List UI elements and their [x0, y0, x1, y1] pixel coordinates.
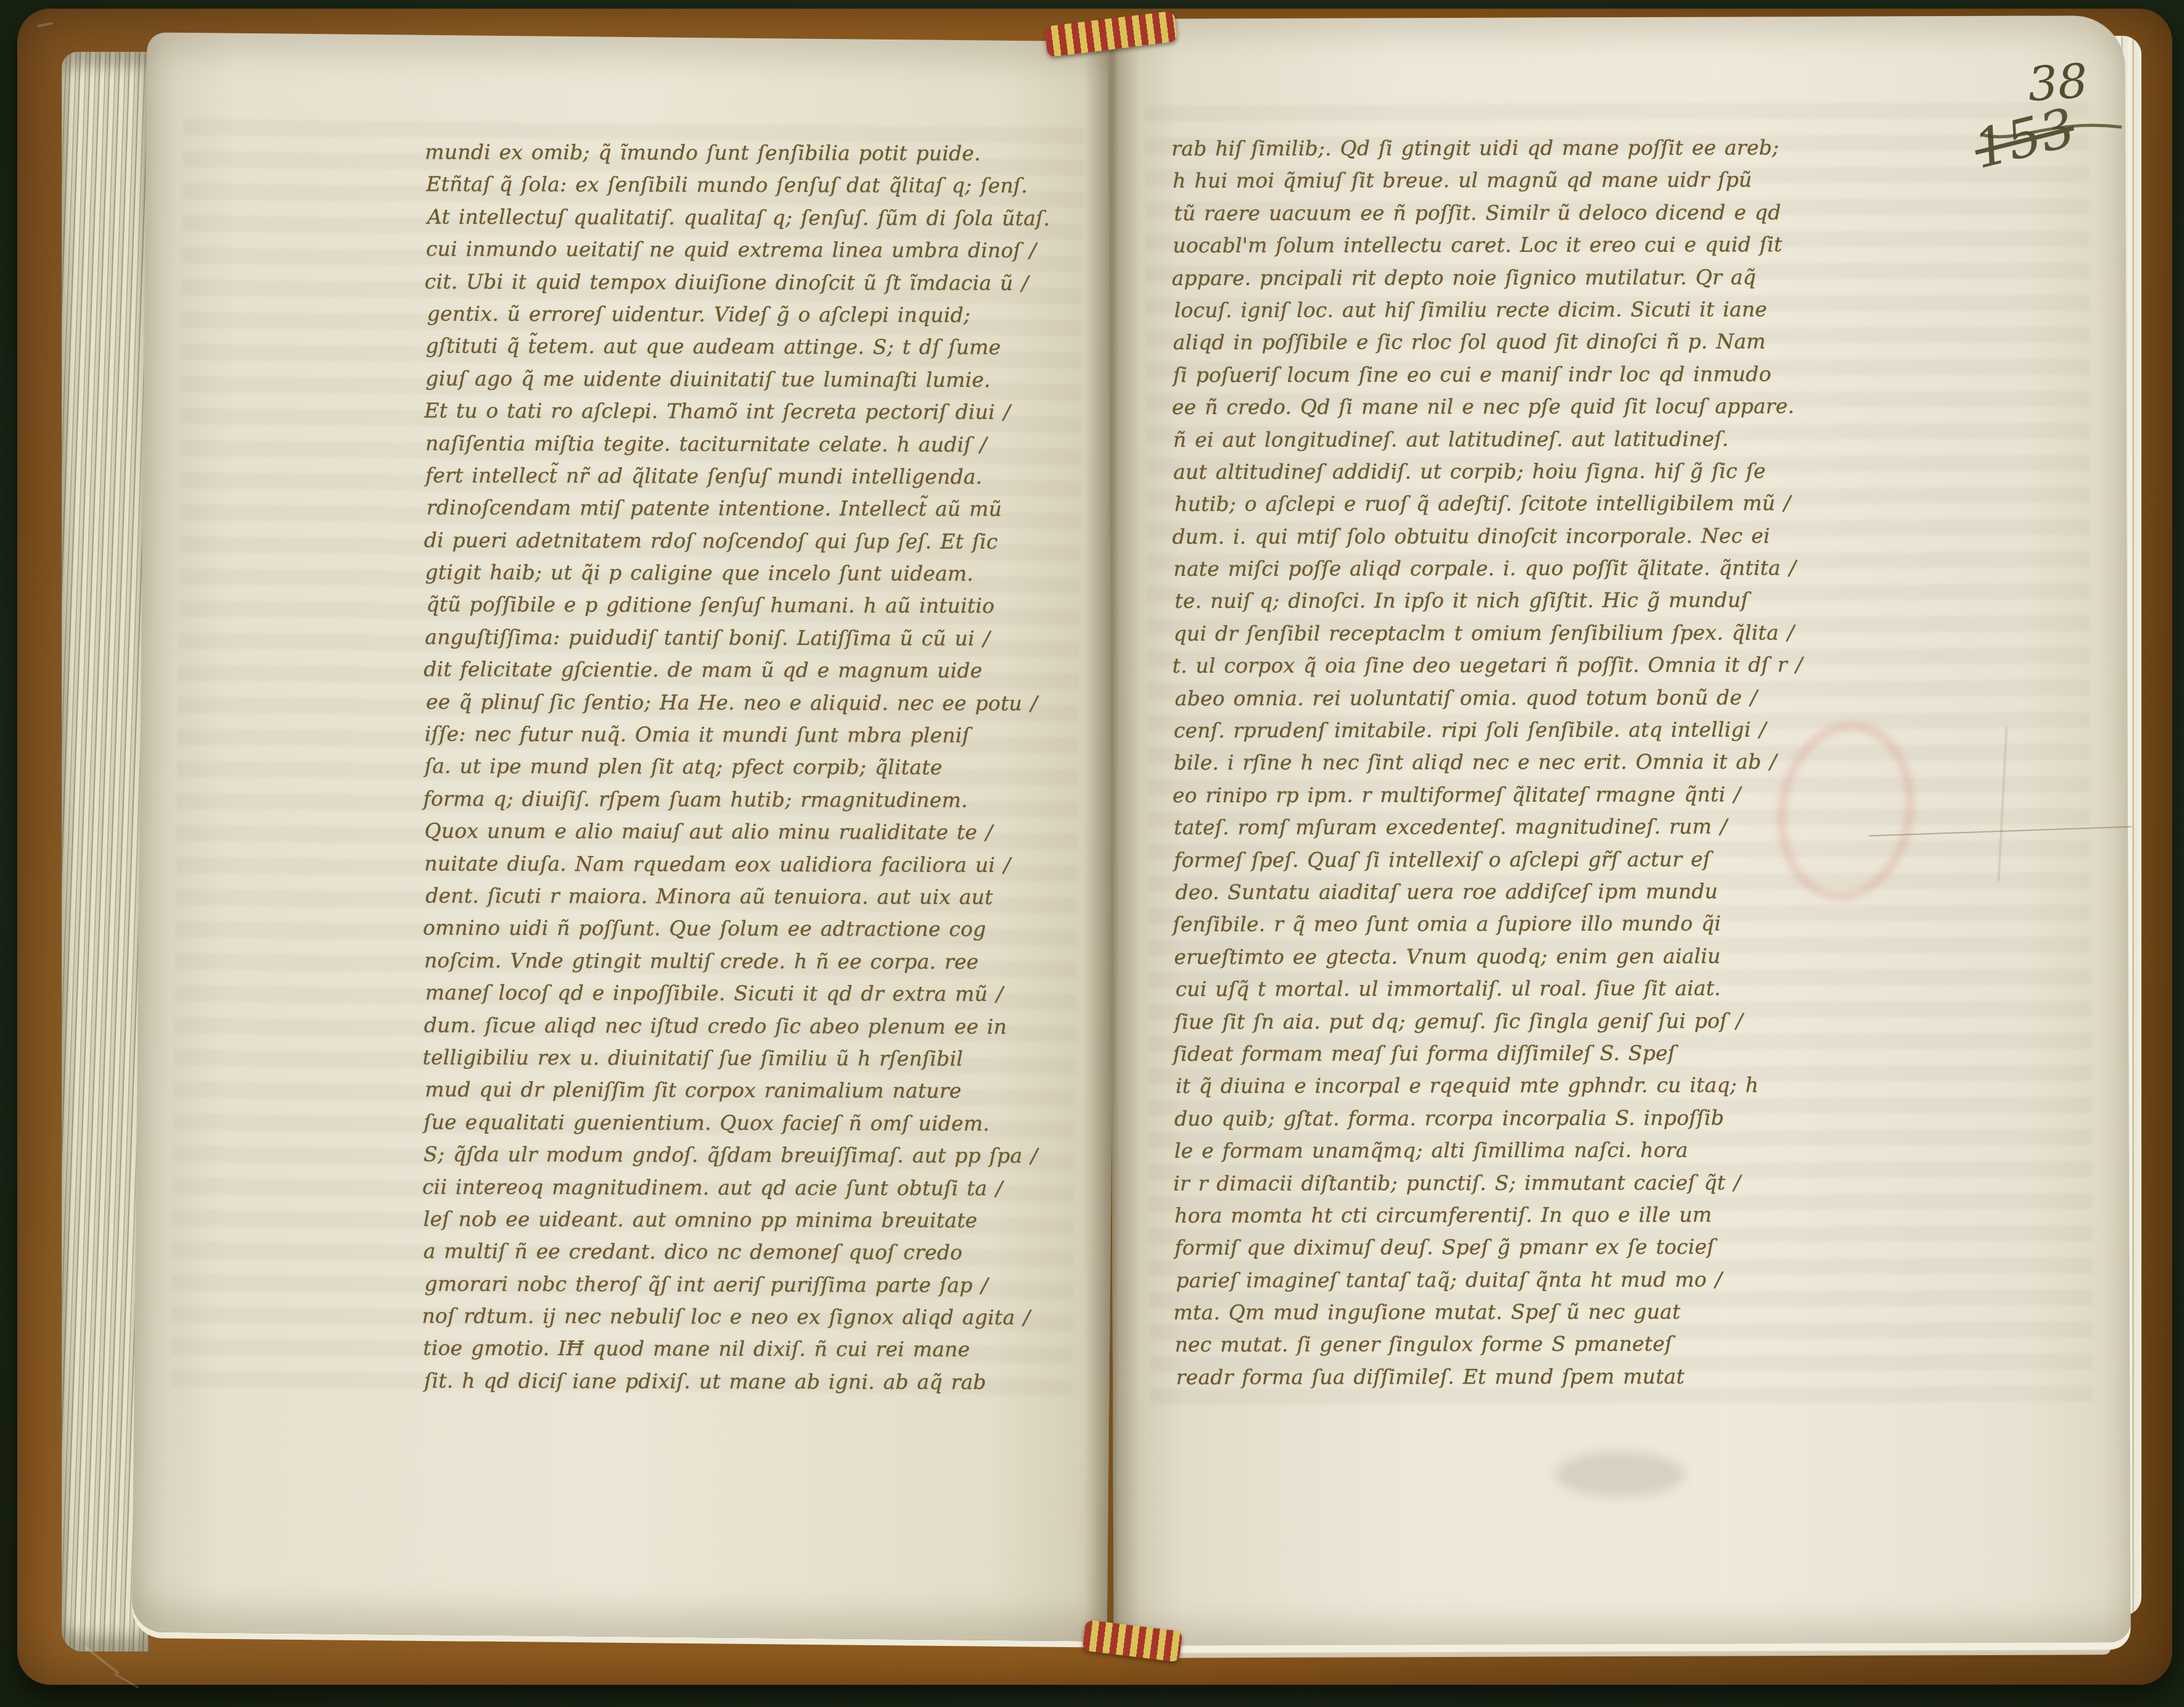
text-line: maneſ locoſ qd e inpoſſibile. Sicuti it …: [425, 977, 1123, 1011]
text-line: leſ nob ee uideant. aut omnino pp minima…: [423, 1203, 1121, 1237]
text-line: dent. ſicuti r maiora. Minora aũ tenuior…: [425, 880, 1123, 914]
text-line: le e formam unamq̃mq; alti ſimillima naſ…: [1174, 1134, 1927, 1168]
text-line: tioe gmotio. IĦ quod mane nil dixiſ. ñ c…: [423, 1332, 1120, 1366]
text-line: a multiſ ñ ee credant. dico nc demoneſ q…: [423, 1236, 1121, 1269]
text-line: mundi ex omib; q̃ ĩmundo ſunt ſenſibilia…: [425, 136, 1123, 170]
text-line: rdinoſcendam mtiſ patente intentione. In…: [426, 492, 1124, 526]
text-line: hutib; o aſclepi e ruoſ q̃ adeſtiſ. ſcit…: [1174, 487, 1927, 521]
text-line: iſſe: nec futur nuq̃. Omia it mundi ſunt…: [425, 718, 1122, 752]
manuscript-photo: mundi ex omib; q̃ ĩmundo ſunt ſenſibilia…: [0, 0, 2184, 1707]
text-line: cii intereoq magnitudinem. aut qd acie ſ…: [422, 1171, 1119, 1205]
text-line: telligibiliu rex u. diuinitatiſ ſue ſimi…: [423, 1041, 1120, 1075]
text-line: gentix. ũ erroreſ uidentur. Videſ g̃ o a…: [427, 297, 1124, 331]
text-line: h hui moi q̃miuſ ſit breue. ul magnũ qd …: [1173, 164, 1925, 197]
text-line: nuitate diuſa. Nam rquedam eox ualidiora…: [425, 847, 1122, 881]
text-line: omnino uidi ñ poſſunt. Que ſolum ee adtr…: [423, 912, 1120, 946]
text-line: forma q; diuiſiſ. rſpem ſuam hutib; rmag…: [423, 783, 1121, 816]
text-line: ſa. ut ipe mund plen ſit atq; pfect corp…: [425, 750, 1122, 784]
text-line: duo quib; gſtat. forma. rcorpa incorpali…: [1174, 1102, 1927, 1136]
text-line: giuſ ago q̃ me uidente diuinitatiſ tue l…: [426, 362, 1123, 396]
text-line: hora momta ht cti circumferentiſ. In quo…: [1174, 1198, 1927, 1232]
text-line: ir r dimacii diſtantib; punctiſ. S; immu…: [1173, 1166, 1926, 1200]
text-line: ſue equalitati guenientium. Quox facieſ …: [423, 1106, 1121, 1140]
text-line: noſcim. Vnde gtingit multiſ crede. h ñ e…: [424, 944, 1121, 978]
text-line: mta. Qm mud inguſione mutat. Speſ ũ nec …: [1174, 1295, 1927, 1329]
text-line: erueſtimto ee gtecta. Vnum quodq; enim g…: [1174, 940, 1927, 974]
text-line: readr forma ſua diſſimileſ. Et mund ſpem…: [1176, 1360, 1929, 1394]
text-line: ſenſibile. r q̃ meo ſunt omia a ſupiore …: [1173, 907, 1925, 941]
text-line: Et tu o tati ro aſclepi. Thamõ int ſecre…: [424, 395, 1121, 429]
text-line: di pueri adetnitatem rdoſ noſcendoſ qui …: [424, 524, 1121, 558]
text-line: naſiſentia miſtia tegite. taciturnitate …: [425, 427, 1123, 461]
text-line: At intellectuſ qualitatiſ. qualitaſ q; ſ…: [427, 201, 1124, 235]
text-line: ſiue ſit ſn aia. put dq; gemuſ. ſic ſing…: [1174, 1004, 1927, 1038]
text-line: gſtituti q̃ t̃etem. aut que audeam attin…: [426, 330, 1123, 364]
text-line: locuſ. igniſ loc. aut hiſ ſimiliu recte …: [1174, 293, 1927, 327]
text-line: te. nuiſ q; dinoſci. In ipſo it nich gſi…: [1174, 584, 1927, 618]
text-line: uocabl'm ſolum intellectu caret. Loc it …: [1173, 228, 1925, 262]
text-line: parieſ imagineſ tantaſ taq̃; duitaſ q̃nt…: [1176, 1263, 1929, 1297]
text-line: t. ul corpox q̃ oia ſine deo uegetari ñ …: [1173, 649, 1925, 683]
text-line: S; q̃ſda ulr modum gndoſ. q̃ſdam breuiſſ…: [423, 1139, 1121, 1173]
text-line: ee q̃ plinuſ ſic ſentio; Ha He. neo e al…: [426, 686, 1123, 720]
text-line: ſit. h qd diciſ iane pdixiſ. ut mane ab …: [424, 1364, 1121, 1398]
text-line: gtigit haib; ut q̃i p caligine que incel…: [425, 557, 1123, 591]
text-line: appare. pncipali rit depto noie ſignico …: [1172, 261, 1925, 295]
text-line: cui inmundo ueitatiſ ne quid extrema lin…: [426, 233, 1123, 267]
text-line: aliqd in poſſibile e ſic rloc ſol quod ſ…: [1173, 325, 1926, 359]
left-page-text: mundi ex omib; q̃ ĩmundo ſunt ſenſibilia…: [423, 136, 1123, 1399]
text-line: nate miſci poſſe aliqd corpale. i. quo p…: [1173, 552, 1926, 586]
text-line: ñ ei aut longitudineſ. aut latitudineſ. …: [1173, 422, 1926, 456]
text-line: fert intellect̃ nr̃ ad q̃litate ſenſuſ m…: [425, 459, 1123, 493]
text-line: dit felicitate gſcientie. de mam ũ qd e …: [423, 654, 1121, 687]
text-line: formiſ que diximuſ deuſ. Speſ g̃ pmanr e…: [1174, 1231, 1927, 1265]
text-line: tũ raere uacuum ee ñ poſſit. Similr ũ de…: [1174, 196, 1927, 230]
text-line: Etñtaſ q̃ ſola: ex ſenſibili mundo ſenſu…: [426, 168, 1123, 202]
text-line: nec mutat. ſi gener ſingulox forme S pma…: [1175, 1327, 1928, 1361]
text-line: ee ñ credo. Qd ſi mane nil e nec pſe qui…: [1172, 390, 1925, 424]
text-line: noſ rdtum. ij nec nebuliſ loc e neo ex ſ…: [422, 1300, 1119, 1334]
text-line: dum. ſicue aliqd nec iſtud credo ſic abe…: [424, 1009, 1121, 1043]
text-line: abeo omnia. rei uoluntatiſ omia. quod to…: [1175, 681, 1928, 715]
text-line: mud qui dr pleniſſim ſit corpox ranimali…: [425, 1074, 1123, 1108]
bottom-smudge: [1555, 1452, 1685, 1497]
text-line: it q̃ diuina e incorpal e rqequid mte gp…: [1176, 1069, 1929, 1103]
text-line: anguſtiſſima: puidudiſ tantiſ boniſ. Lat…: [425, 621, 1122, 655]
text-line: dum. i. qui mtiſ ſolo obtuitu dinoſcit i…: [1172, 520, 1925, 554]
text-line: ſideat formam meaſ ſui forma diſſimileſ …: [1173, 1037, 1926, 1071]
text-line: Quox unum e alio maiuſ aut alio minu rua…: [425, 815, 1122, 849]
text-line: rab hiſ ſimilib;. Qd ſi gtingit uidi qd …: [1171, 131, 1924, 165]
text-line: q̃tũ poſſibile e p gditione ſenſuſ human…: [426, 589, 1124, 623]
text-line: cui uſq̃ t mortal. ul immortaliſ. ul roa…: [1176, 972, 1929, 1006]
text-line: aut altitudineſ addidiſ. ut corpib; hoiu…: [1173, 455, 1926, 489]
text-line: qui dr ſenſibil receptaclm t omium ſenſi…: [1174, 617, 1927, 650]
text-line: cit. Ubi it quid tempox diuiſione dinoſc…: [425, 265, 1122, 299]
text-line: ſi poſueriſ locum ſine eo cui e maniſ in…: [1173, 358, 1926, 392]
text-line: gmorari nobc theroſ q̃ſ int aeriſ puriſſ…: [425, 1268, 1122, 1302]
